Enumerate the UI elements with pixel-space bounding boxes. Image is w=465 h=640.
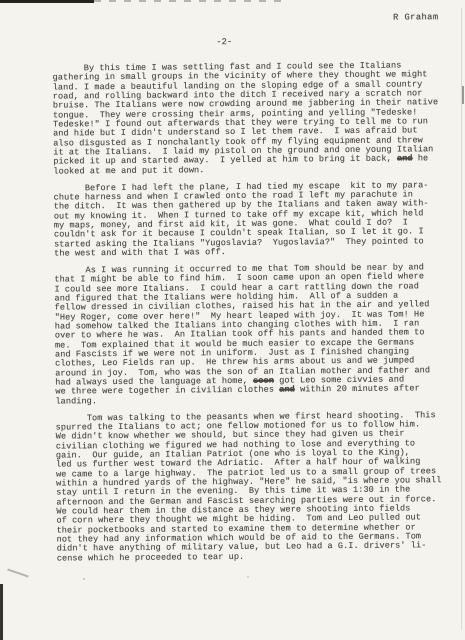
- page-number: -2-: [216, 37, 232, 47]
- author-name: R Graham: [393, 12, 439, 22]
- paragraph-escape-kit: Before I had left the plane, I had tied …: [54, 181, 450, 259]
- page-content: R Graham -2- By this time I was settling…: [0, 0, 465, 640]
- document-body: By this time I was settling fast and I c…: [52, 61, 451, 571]
- scan-artifact-top-edge-faint: [94, 0, 286, 2]
- scan-artifact-top-edge: [0, 0, 94, 3]
- paragraph-guide-highway: Tom was talking to the peasants when we …: [56, 411, 452, 564]
- paragraph-finding-tom: As I was running it occurred to me that …: [54, 263, 450, 407]
- scanned-page: R Graham -2- By this time I was settling…: [0, 0, 465, 640]
- scan-artifact-speck: [247, 576, 249, 578]
- paragraph-landing: By this time I was settling fast and I c…: [52, 61, 448, 177]
- scan-artifact-right-smudge: [462, 86, 464, 104]
- scan-artifact-left-edge: [0, 584, 3, 640]
- scan-artifact-speck: [83, 578, 85, 580]
